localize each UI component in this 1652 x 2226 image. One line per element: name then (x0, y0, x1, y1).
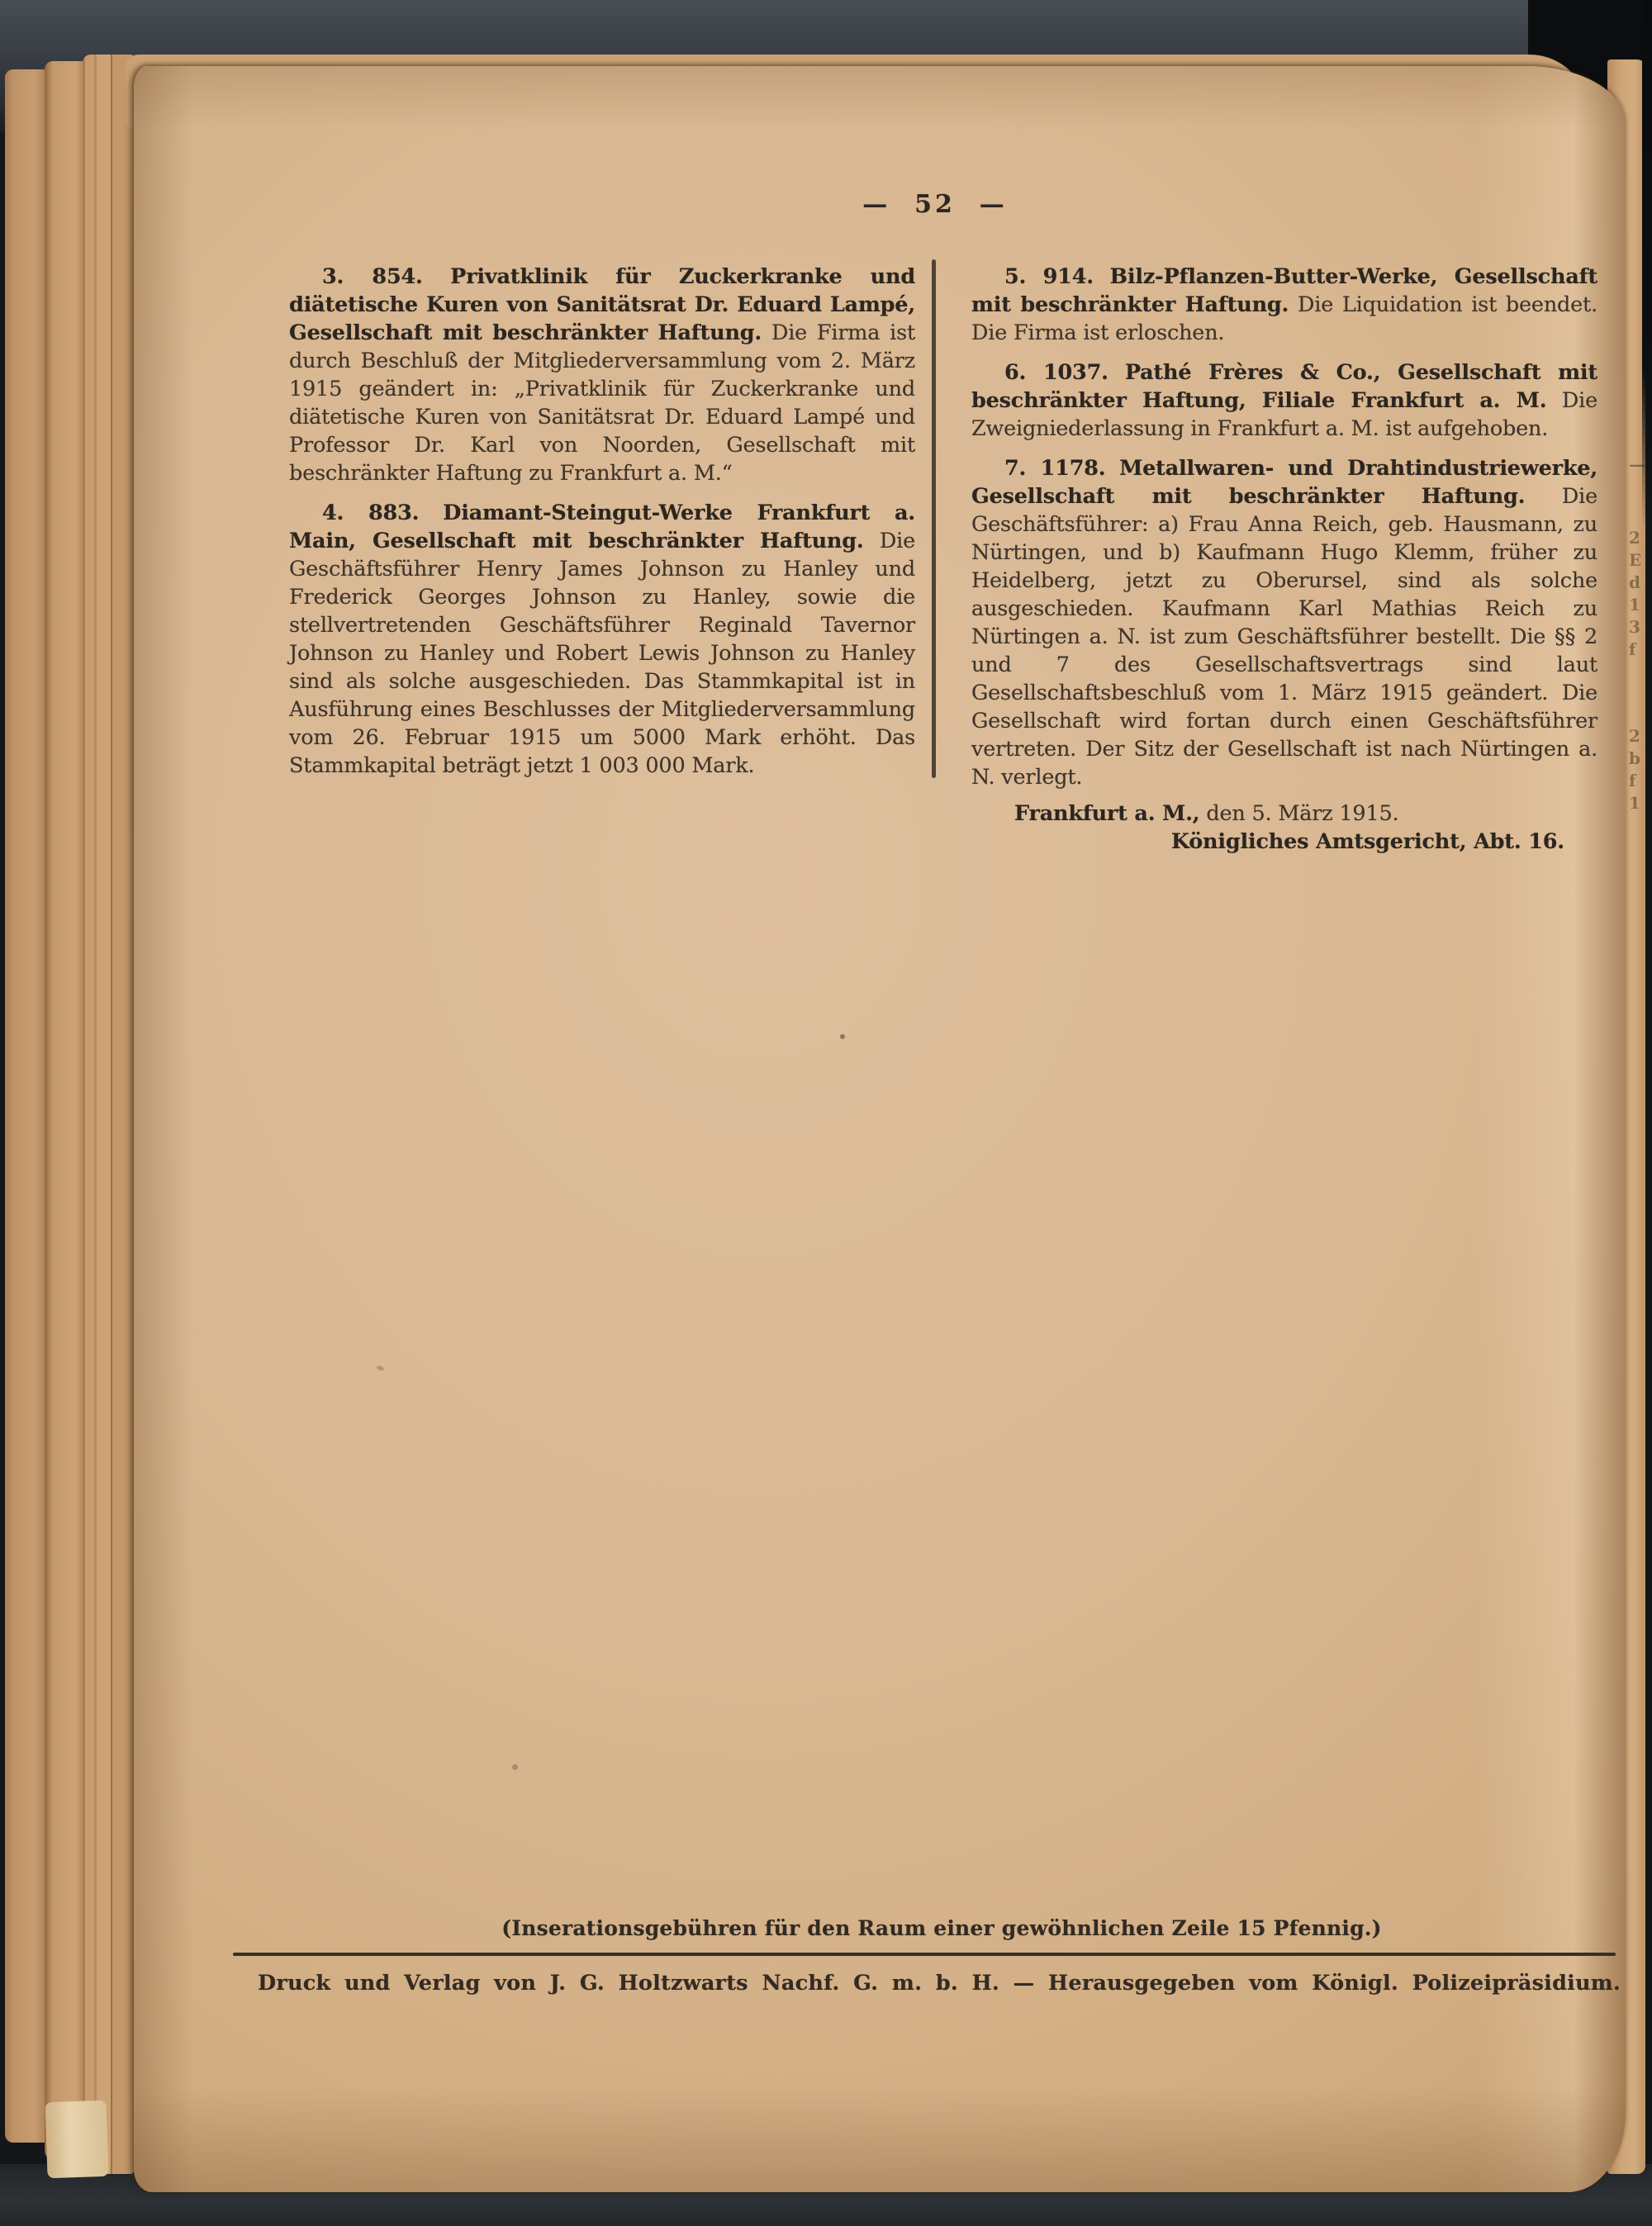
entry-number: 6. 1037. (1004, 360, 1108, 385)
next-page-text-fragment: f (1629, 638, 1636, 661)
next-page-text-fragment: d (1629, 572, 1640, 594)
page-number: — 52 — (844, 190, 1026, 219)
page-edge-stack (5, 69, 48, 2143)
page-edge-stack (45, 2100, 108, 2179)
register-entry-6: 6. 1037. Pathé Frères & Co., Gesellschaf… (971, 358, 1597, 443)
next-page-text-fragment: 3 (1629, 616, 1640, 638)
next-page-text-fragment: 1 (1629, 594, 1640, 616)
dateline-date: den 5. März 1915. (1206, 801, 1398, 826)
paper-speck (840, 1034, 845, 1039)
register-entry-5: 5. 914. Bilz-Pflanzen-Butter-Werke, Gese… (971, 263, 1597, 347)
insertion-fee-notice: (Inserationsgebühren für den Raum einer … (287, 1916, 1596, 1940)
paper-speck (376, 1365, 384, 1372)
register-entry-7: 7. 1178. Metallwaren- und Drahtindustrie… (971, 454, 1597, 791)
entry-number: 7. 1178. (1004, 456, 1105, 481)
entry-number: 5. 914. (1004, 264, 1094, 289)
left-column: 3. 854. Privatklinik für Zuckerkranke un… (289, 263, 915, 788)
court-signature: Königliches Amtsgericht, Abt. 16. (971, 828, 1597, 856)
dateline: Frankfurt a. M., den 5. März 1915. (971, 800, 1597, 828)
paper-speck (512, 1764, 518, 1770)
entry-text: Die Firma ist durch Beschluß der Mitglie… (289, 320, 915, 486)
entry-text: Die Geschäftsführer Henry James Johnson … (289, 529, 915, 778)
next-page-text-fragment: 2 (1629, 527, 1640, 549)
page-content: — 52 — 3. 854. Privatklinik für Zuckerkr… (134, 66, 1626, 2192)
next-page-text-fragment: f (1629, 770, 1636, 792)
photo-edge-shadow (1642, 0, 1652, 529)
dateline-place: Frankfurt a. M., (1014, 801, 1199, 826)
next-page-text-fragment: 2 (1629, 725, 1640, 748)
next-page-text-fragment: 1 (1629, 792, 1640, 814)
right-column: 5. 914. Bilz-Pflanzen-Butter-Werke, Gese… (971, 263, 1597, 856)
entry-number: 3. 854. (322, 264, 423, 289)
page-edge-stack (83, 55, 134, 2174)
book-scan-photo: { "page": { "number_display": "— 52 —" }… (0, 0, 1652, 2226)
next-page-text-fragment: E (1629, 549, 1641, 572)
column-divider-rule (932, 259, 936, 778)
page-edge-stack (45, 61, 86, 2159)
next-page-text-fragment: b (1629, 748, 1640, 770)
scanned-page: — 52 — 3. 854. Privatklinik für Zuckerkr… (134, 66, 1626, 2192)
register-entry-4: 4. 883. Diamant-Steingut-Werke Frankfurt… (289, 499, 915, 780)
entry-text: Die Geschäftsführer: a) Frau Anna Reich,… (971, 484, 1597, 790)
imprint-line: Druck und Verlag von J. G. Holtzwarts Na… (258, 1971, 1621, 1996)
entry-number: 4. 883. (322, 501, 419, 525)
footer-rule (233, 1953, 1616, 1956)
register-entry-3: 3. 854. Privatklinik für Zuckerkranke un… (289, 263, 915, 487)
